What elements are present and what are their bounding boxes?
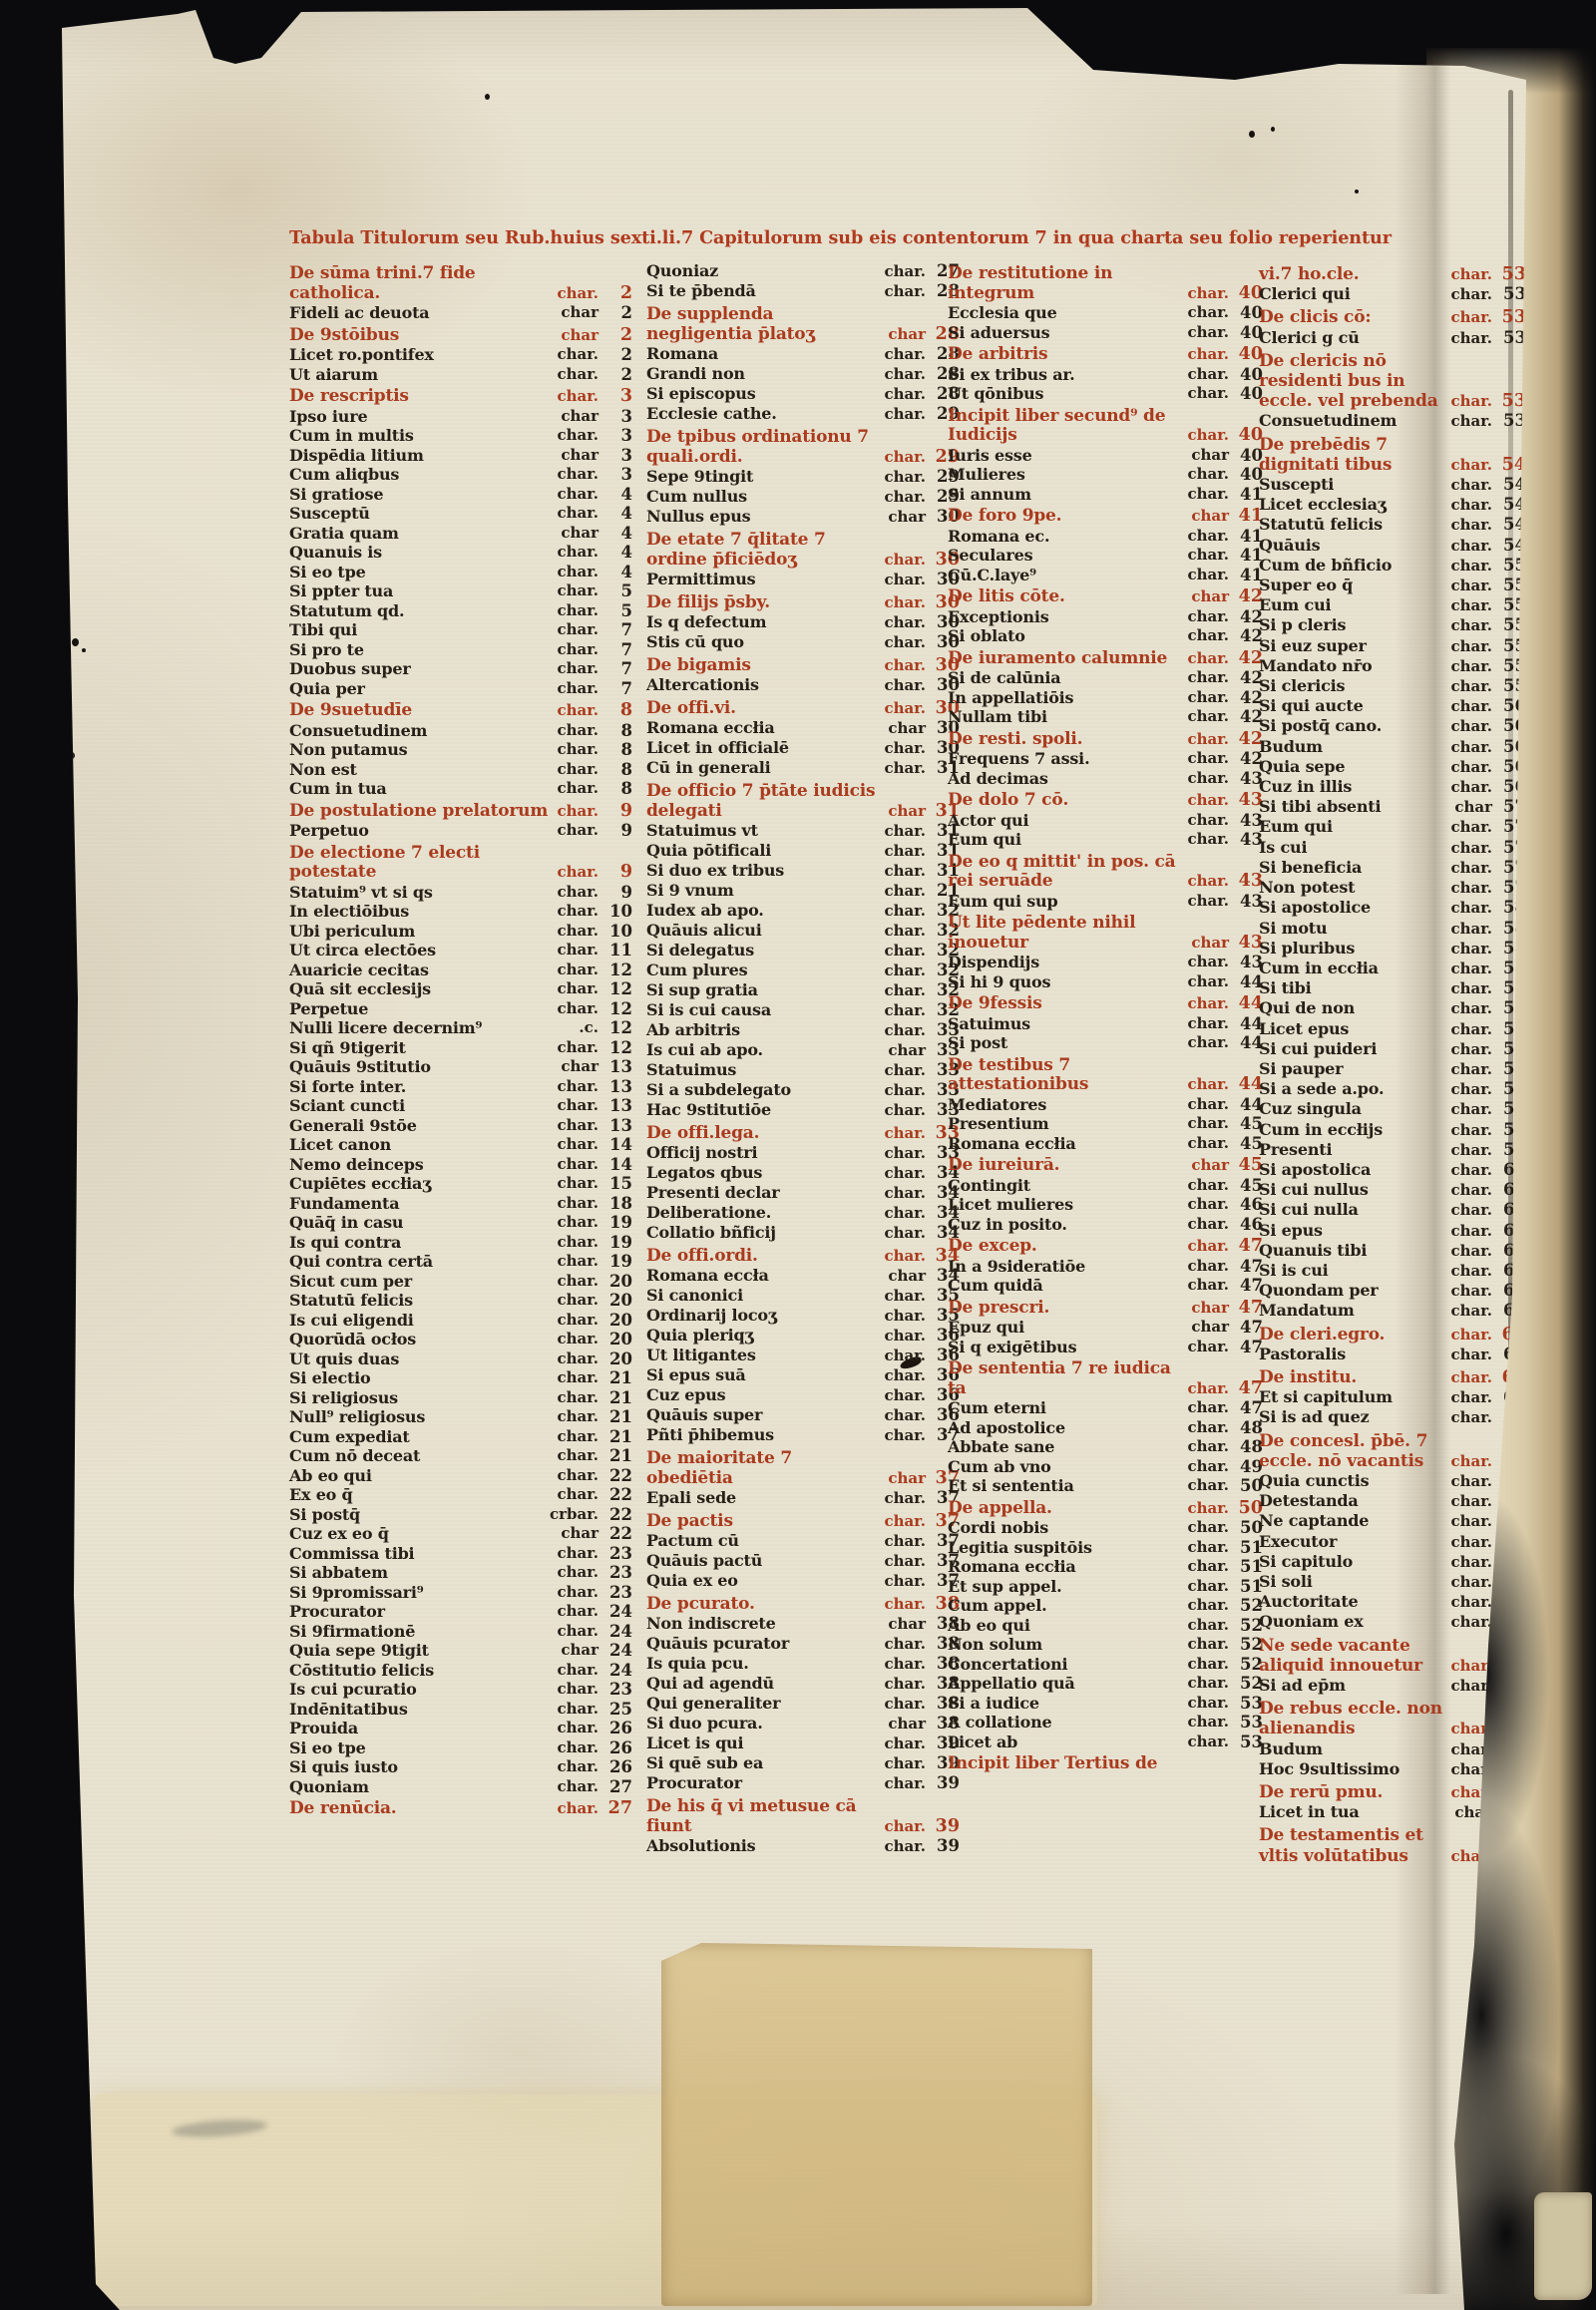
- toc-entry: In a 9sideratiōechar.47: [948, 1257, 1263, 1277]
- folio-number: 42: [1229, 707, 1263, 727]
- folio-number: 20: [598, 1349, 632, 1369]
- char-label: char.: [1442, 777, 1492, 797]
- toc-entry: Quoniazchar.27: [646, 261, 960, 281]
- entry-title: Cupiētes eccłiaʒ: [289, 1174, 431, 1194]
- entry-title: Mandatum: [1259, 1301, 1355, 1321]
- char-label: char.: [549, 1077, 598, 1097]
- ink-speck: [82, 648, 86, 652]
- toc-entry: Mandatumchar.61: [1259, 1301, 1526, 1321]
- char-label: char.: [876, 1326, 926, 1346]
- char-label: char.: [549, 581, 598, 601]
- toc-entry: Cum in multischar.3: [289, 426, 632, 446]
- entry-title: Si is cui: [1259, 1261, 1329, 1281]
- toc-entry: Cuz epuschar.36: [646, 1385, 960, 1405]
- entry-title: Si eo tpe: [289, 563, 366, 582]
- entry-title: Quorūdā ocłos: [289, 1330, 416, 1349]
- char-label: char.: [1442, 495, 1492, 515]
- toc-entry: Susceptichar.54: [1259, 475, 1526, 495]
- entry-title: Nemo deinceps: [289, 1155, 424, 1175]
- entry-title: Si tibi absenti: [1259, 797, 1381, 817]
- char-label: char.: [1179, 303, 1229, 323]
- toc-entry: Executorchar.63: [1259, 1532, 1526, 1552]
- toc-entry: Duobus superchar.7: [289, 659, 632, 679]
- toc-entry: Quāuis superchar.36: [646, 1405, 960, 1425]
- toc-entry: Quoniamchar.27: [289, 1777, 632, 1797]
- toc-entry: Qui contra certāchar.19: [289, 1252, 632, 1272]
- char-label: char.: [549, 941, 598, 961]
- toc-entry: Si annumchar.41: [948, 485, 1263, 505]
- entry-title: Ut quis duas: [289, 1349, 399, 1369]
- char-label: char.: [549, 1563, 598, 1583]
- char-label: char.: [1442, 1019, 1492, 1039]
- entry-title: Quondam per: [1259, 1281, 1379, 1301]
- folio-number: 4: [598, 543, 632, 563]
- folio-number: 2: [598, 326, 632, 346]
- char-label: char.: [1179, 1596, 1229, 1616]
- toc-entry: Et si capitulumchar.61: [1259, 1387, 1526, 1407]
- entry-title: Cuz epus: [646, 1385, 725, 1405]
- entry-title: Si episcopus: [646, 384, 756, 404]
- folio-number: 43: [1229, 953, 1263, 972]
- toc-entry: Si oblatochar.42: [948, 626, 1263, 646]
- folio-number: 47: [1229, 1257, 1263, 1277]
- entry-title: De 9fessis: [948, 994, 1042, 1014]
- entry-title: De testibus 7 attestationibus: [948, 1056, 1179, 1095]
- entry-title: Cōstitutio felicis: [289, 1661, 434, 1681]
- folio-number: 23: [598, 1544, 632, 1564]
- folio-number: 42: [1229, 649, 1263, 669]
- char-label: char.: [1442, 1491, 1492, 1511]
- entry-title: Licet ecclesiaʒ: [1259, 495, 1387, 515]
- toc-entry: Statuim⁹ vt si qschar.9: [289, 883, 632, 903]
- entry-title: Ab eo qui: [289, 1466, 372, 1486]
- entry-title: Quāuis pcurator: [646, 1634, 789, 1654]
- toc-section-heading: De rescriptischar.3: [289, 387, 632, 407]
- folio-number: 39: [926, 1773, 960, 1793]
- folio-number: 23: [598, 1680, 632, 1700]
- entry-title: De testamentis et vltis volūtatibus: [1259, 1825, 1442, 1865]
- toc-section-heading: De filijs p̄sby.char.30: [646, 592, 960, 612]
- folio-number: 50: [1229, 1499, 1263, 1519]
- char-label: char.: [1179, 284, 1229, 304]
- char-label: char.: [876, 1100, 926, 1120]
- folio-number: 42: [1229, 587, 1263, 607]
- toc-entry: Ex eo q̄char.22: [289, 1485, 632, 1505]
- entry-title: Cuz in illis: [1259, 777, 1352, 797]
- entry-title: De prebēdis 7 dignitati tibus: [1259, 435, 1442, 475]
- char-label: char.: [549, 679, 598, 699]
- folio-number: 41: [1229, 566, 1263, 585]
- entry-title: De officio 7 p̄tāte iudicis delegati: [646, 781, 880, 821]
- toc-entry: Si gratiosechar.4: [289, 485, 632, 505]
- toc-entry: Ecclesie cathe.char.29: [646, 404, 960, 424]
- toc-entry: Statutū felicischar.20: [289, 1291, 632, 1311]
- folio-number: 12: [598, 1038, 632, 1058]
- folio-number: 12: [598, 961, 632, 980]
- char-label: char.: [549, 1155, 598, 1175]
- char-label: char.: [876, 467, 926, 487]
- folio-number: 2: [598, 365, 632, 385]
- toc-entry: Cuz ex eo q̄char22: [289, 1524, 632, 1544]
- char-label: char.: [876, 632, 926, 652]
- entry-title: Si cui nulla: [1259, 1200, 1359, 1220]
- entry-title: Si tibi: [1259, 978, 1312, 998]
- char-label: char.: [1442, 1325, 1492, 1345]
- toc-entry: Is quia pcu.char.38: [646, 1654, 960, 1674]
- entry-title: De offi.vi.: [646, 698, 736, 718]
- entry-title: De rebus eccle. non alienandis: [1259, 1699, 1442, 1738]
- toc-entry: Ab arbitrischar.33: [646, 1020, 960, 1040]
- entry-title: De filijs p̄sby.: [646, 592, 770, 612]
- toc-entry: Statuimuschar.33: [646, 1060, 960, 1080]
- toc-entry: Is cui ab apo.char33: [646, 1040, 960, 1060]
- entry-title: Generali 9stōe: [289, 1116, 417, 1136]
- char-label: char.: [1442, 1120, 1492, 1140]
- toc-entry: Statuimus vtchar.31: [646, 821, 960, 841]
- char-label: char.: [876, 1836, 926, 1856]
- char-label: char.: [876, 1773, 926, 1793]
- char-label: char.: [876, 550, 926, 570]
- ink-speck: [72, 638, 79, 646]
- entry-title: Hac 9stitutiōe: [646, 1100, 771, 1120]
- folio-number: 43: [1229, 811, 1263, 831]
- folio-number: 47: [1229, 1237, 1263, 1257]
- char-label: char.: [549, 821, 598, 841]
- entry-title: In electiōibus: [289, 902, 409, 922]
- toc-entry: Si religiosuschar.21: [289, 1388, 632, 1408]
- entry-title: De renūcia.: [289, 1799, 397, 1819]
- char-label: char.: [1179, 707, 1229, 727]
- folio-number: 43: [1229, 934, 1263, 954]
- entry-title: Perpetue: [289, 999, 368, 1019]
- toc-section-heading: Ne sede vacante aliquid innoueturchar.64: [1259, 1636, 1526, 1676]
- toc-entry: Qui generaliterchar.38: [646, 1694, 960, 1714]
- char-label: char.: [1179, 649, 1229, 669]
- entry-title: Si apostolice: [1259, 898, 1371, 918]
- char-label: char.: [549, 740, 598, 760]
- toc-entry: Si postq̄ cano.char.56: [1259, 716, 1526, 736]
- entry-title: Eum qui: [1259, 817, 1333, 837]
- entry-title: Si cui nullus: [1259, 1180, 1369, 1200]
- char-label: char.: [876, 1405, 926, 1425]
- entry-title: Sicut cum per: [289, 1272, 412, 1292]
- char-label: char.: [549, 543, 598, 563]
- entry-title: De sententia 7 re iudica ta: [948, 1359, 1179, 1398]
- char-label: char.: [876, 1000, 926, 1020]
- char-label: char: [553, 1057, 598, 1077]
- toc-section-heading: De bigamischar.30: [646, 655, 960, 675]
- folio-number: 21: [598, 1446, 632, 1466]
- toc-entry: Ordinarij locoʒchar.35: [646, 1306, 960, 1326]
- toc-entry: Cum ab vnochar.49: [948, 1457, 1263, 1477]
- folio-number: 8: [598, 721, 632, 741]
- folio-number: 4: [598, 524, 632, 544]
- toc-entry: Non potestchar.57: [1259, 878, 1526, 898]
- char-label: char.: [1179, 323, 1229, 343]
- toc-entry: Si euz superchar.55: [1259, 636, 1526, 656]
- toc-section-heading: De etate 7 q̄litate 7 ordine p̄ficiēdoʒc…: [646, 530, 960, 570]
- folio-number: 13: [598, 1096, 632, 1116]
- folio-number: 44: [1229, 994, 1263, 1014]
- toc-entry: Romana eccłachar34: [646, 1266, 960, 1286]
- folio-number: 9: [598, 883, 632, 903]
- toc-entry: In electiōibuschar.10: [289, 902, 632, 922]
- entry-title: Licet is qui: [646, 1733, 743, 1753]
- folio-number: 26: [598, 1738, 632, 1758]
- toc-section-heading: De dolo 7 cō.char.43: [948, 791, 1263, 811]
- entry-title: Auctoritate: [1259, 1592, 1359, 1612]
- char-label: char.: [1442, 1180, 1492, 1200]
- entry-title: Si beneficia: [1259, 858, 1362, 878]
- toc-entry: Eum qui supchar.43: [948, 892, 1263, 912]
- char-label: char.: [549, 1038, 598, 1058]
- folio-number: 53: [1492, 411, 1526, 431]
- folio-number: 53: [1492, 328, 1526, 348]
- entry-title: Actor qui: [948, 811, 1028, 831]
- folio-number: 42: [1229, 626, 1263, 646]
- entry-title: Mulieres: [948, 465, 1025, 485]
- page-title: Tabula Titulorum seu Rub.huius sexti.li.…: [289, 227, 1287, 248]
- toc-entry: Pastoralischar.61: [1259, 1345, 1526, 1364]
- char-label: char.: [1442, 1451, 1492, 1471]
- char-label: char.: [1179, 892, 1229, 912]
- folio-number: 42: [1229, 688, 1263, 708]
- folio-number: 46: [1229, 1215, 1263, 1235]
- char-label: char.: [1179, 485, 1229, 505]
- entry-title: Is cui eligendi: [289, 1311, 414, 1331]
- folio-number: 22: [598, 1466, 632, 1486]
- toc-section-heading: De pcurato.char.38: [646, 1594, 960, 1614]
- entry-title: Absolutionis: [646, 1836, 755, 1856]
- entry-title: Ab eo qui: [948, 1616, 1030, 1636]
- toc-entry: Si is cui causachar.32: [646, 1000, 960, 1020]
- toc-entry: Fundamentachar.18: [289, 1194, 632, 1214]
- char-label: char.: [876, 1163, 926, 1183]
- toc-entry: Si apostolicechar.58: [1259, 898, 1526, 918]
- folio-number: 44: [1229, 972, 1263, 992]
- char-label: char.: [549, 883, 598, 903]
- folio-number: 25: [598, 1700, 632, 1720]
- char-label: char.: [549, 659, 598, 679]
- char-label: char.: [549, 1096, 598, 1116]
- char-label: char.: [1442, 716, 1492, 736]
- entry-title: Ubi periculum: [289, 922, 415, 942]
- folio-number: 5: [598, 601, 632, 621]
- char-label: char.: [1442, 656, 1492, 676]
- toc-section-heading: De prescri.char47: [948, 1299, 1263, 1319]
- char-label: char.: [549, 902, 598, 922]
- entry-title: De tpibus ordinationu 7 quali.ordi.: [646, 427, 876, 467]
- toc-entry: Qui de nonchar.58: [1259, 998, 1526, 1018]
- folio-number: 10: [598, 922, 632, 942]
- char-label: char.: [1179, 730, 1229, 750]
- char-label: char.: [549, 284, 598, 304]
- toc-entry: Absolutionischar.39: [646, 1836, 960, 1856]
- entry-title: Si oblato: [948, 626, 1025, 646]
- toc-entry: Si a iudicechar.53: [948, 1694, 1263, 1714]
- toc-entry: Quāuis 9stitutiochar13: [289, 1057, 632, 1077]
- toc-entry: Quā sit ecclesijschar.12: [289, 979, 632, 999]
- toc-entry: Ubi periculumchar.10: [289, 922, 632, 942]
- toc-section-heading: De iuramento calumniechar.42: [948, 649, 1263, 669]
- toc-entry: Ut circa electōeschar.11: [289, 941, 632, 961]
- toc-entry: Epuz quichar47: [948, 1318, 1263, 1338]
- entry-title: Cum eterni: [948, 1398, 1046, 1418]
- char-label: char.: [549, 465, 598, 485]
- toc-entry: Cum nulluschar.29: [646, 487, 960, 507]
- entry-title: Eum cui: [1259, 595, 1331, 615]
- toc-entry: Cum in eccłijschar.59: [1259, 1120, 1526, 1140]
- char-label: char.: [1179, 1338, 1229, 1357]
- folio-number: 39: [926, 1816, 960, 1836]
- char-label: char.: [876, 901, 926, 921]
- fore-edge-paper-sliver: [1534, 2192, 1592, 2300]
- toc-entry: A collationechar.53: [948, 1713, 1263, 1732]
- toc-section-heading: De cleri.egro.char.61: [1259, 1325, 1526, 1345]
- entry-title: Quanuis is: [289, 543, 382, 563]
- toc-entry: Si sup gratiachar.32: [646, 980, 960, 1000]
- folio-number: 54: [1492, 455, 1526, 475]
- char-label: char.: [1179, 546, 1229, 566]
- char-label: char: [1183, 446, 1229, 466]
- entry-title: De offi.ordi.: [646, 1246, 758, 1266]
- toc-section-heading: Ut lite pēdente nihil inoueturchar43: [948, 914, 1263, 953]
- folio-number: 43: [1229, 769, 1263, 789]
- toc-entry: Quia pleriqʒchar.36: [646, 1326, 960, 1346]
- entry-title: Si a subdelegato: [646, 1080, 791, 1100]
- folio-number: 8: [598, 701, 632, 721]
- entry-title: Is cui pcuratio: [289, 1680, 417, 1700]
- folio-number: 41: [1229, 507, 1263, 527]
- entry-title: Ordinarij locoʒ: [646, 1306, 777, 1326]
- toc-entry: Cū in generalichar.31: [646, 758, 960, 778]
- toc-entry: Si ex tribus ar.char.40: [948, 365, 1263, 385]
- folio-number: 47: [1229, 1338, 1263, 1357]
- char-label: char.: [1179, 972, 1229, 992]
- entry-title: Statuim⁹ vt si qs: [289, 883, 433, 903]
- entry-title: Ut lite pēdente nihil inouetur: [948, 914, 1183, 953]
- char-label: char: [1183, 1318, 1229, 1338]
- char-label: char: [880, 1040, 926, 1060]
- char-label: char.: [876, 1306, 926, 1326]
- char-label: char.: [1442, 1552, 1492, 1572]
- folio-number: 40: [1229, 284, 1263, 304]
- folio-number: 7: [598, 679, 632, 699]
- entry-title: Licet ab: [948, 1732, 1017, 1752]
- entry-title: Si de calūnia: [948, 668, 1060, 688]
- char-label: char.: [1442, 939, 1492, 959]
- toc-entry: Si ppter tuachar.5: [289, 581, 632, 601]
- entry-title: Statutū felicis: [1259, 515, 1383, 535]
- entry-title: Seculares: [948, 546, 1032, 566]
- char-label: char.: [876, 1634, 926, 1654]
- char-label: char.: [549, 640, 598, 660]
- char-label: char.: [1179, 668, 1229, 688]
- toc-entry: Si postchar.44: [948, 1033, 1263, 1053]
- folio-number: 8: [598, 779, 632, 799]
- toc-entry: Concertationichar.52: [948, 1655, 1263, 1675]
- toc-entry: Quanuis tibichar.60: [1259, 1241, 1526, 1261]
- toc-entry: Si is cuichar.60: [1259, 1261, 1526, 1281]
- char-label: char.: [549, 1407, 598, 1427]
- folio-number: 43: [1229, 892, 1263, 912]
- char-label: char.: [1442, 1572, 1492, 1592]
- char-label: char.: [1442, 284, 1492, 304]
- toc-section-heading: De sūma trini.7 fide catholica.char.2: [289, 264, 632, 303]
- entry-title: De maioritate 7 obediētia: [646, 1448, 880, 1488]
- entry-title: Quia cunctis: [1259, 1471, 1369, 1491]
- entry-title: Cuz ex eo q̄: [289, 1524, 389, 1544]
- entry-title: Budum: [1259, 737, 1323, 757]
- folio-number: 24: [598, 1602, 632, 1622]
- folio-number: 50: [1229, 1476, 1263, 1496]
- toc-entry: Fideli ac deuotachar2: [289, 303, 632, 323]
- char-label: char.: [549, 1311, 598, 1331]
- toc-entry: Cōstitutio felicischar.24: [289, 1661, 632, 1681]
- toc-entry: Si epus suāchar.36: [646, 1365, 960, 1385]
- entry-title: Licet in officialē: [646, 738, 789, 758]
- entry-title: Legatos qbus: [646, 1163, 762, 1183]
- folio-number: 51: [1229, 1557, 1263, 1577]
- toc-entry: Si episcopuschar.28: [646, 384, 960, 404]
- toc-column-3: De restitutione in integrumchar.40Eccles…: [948, 261, 1263, 1774]
- char-label: char.: [1179, 1694, 1229, 1714]
- char-label: char.: [876, 1346, 926, 1365]
- char-label: char.: [1179, 527, 1229, 547]
- char-label: char.: [1179, 1418, 1229, 1438]
- toc-entry: Grandi nonchar.28: [646, 364, 960, 384]
- folio-number: 26: [598, 1719, 632, 1738]
- char-label: char.: [1442, 1301, 1492, 1321]
- entry-title: Statuimus: [646, 1060, 736, 1080]
- folio-number: 22: [598, 1485, 632, 1505]
- char-label: char.: [876, 1694, 926, 1714]
- char-label: char.: [1179, 1635, 1229, 1655]
- entry-title: Indēnitatibus: [289, 1700, 408, 1720]
- entry-title: Ne sede vacante aliquid innouetur: [1259, 1636, 1442, 1676]
- toc-section-heading: De clicis cō:char.53: [1259, 307, 1526, 327]
- toc-section-heading: De his q̄ vi metusue cā fiuntchar.39: [646, 1796, 960, 1836]
- toc-entry: Si pro techar.7: [289, 640, 632, 660]
- entry-title: De postulatione prelatorum: [289, 802, 548, 822]
- entry-title: Si is ad quez: [1259, 1407, 1369, 1427]
- char-label: char.: [1442, 307, 1492, 327]
- char-label: char.: [1179, 1557, 1229, 1577]
- char-label: char.: [1179, 607, 1229, 627]
- char-label: char.: [1442, 328, 1492, 348]
- char-label: char.: [1179, 1499, 1229, 1519]
- folio-number: 40: [1229, 465, 1263, 485]
- toc-section-heading: De litis cōte.char42: [948, 587, 1263, 607]
- folio-number: 42: [1229, 730, 1263, 750]
- char-label: char.: [1179, 1538, 1229, 1558]
- toc-entry: Si beneficiachar.57: [1259, 858, 1526, 878]
- entry-title: Si post: [948, 1033, 1007, 1053]
- toc-entry: Ipso iurechar3: [289, 407, 632, 427]
- toc-section-heading: De iureiurā.char45: [948, 1156, 1263, 1176]
- entry-title: Statutū felicis: [289, 1291, 413, 1311]
- entry-title: Cuz in posito.: [948, 1215, 1067, 1235]
- entry-title: Cum in eccłia: [1259, 959, 1379, 978]
- entry-title: Presenti declar: [646, 1183, 780, 1203]
- toc-entry: Non estchar.8: [289, 760, 632, 780]
- char-label: char.: [549, 1427, 598, 1447]
- toc-entry: Si duo ex tribuschar.31: [646, 861, 960, 881]
- entry-title: Presentium: [948, 1114, 1049, 1134]
- entry-title: Si 9promissari⁹: [289, 1583, 424, 1603]
- folio-number: 12: [598, 979, 632, 999]
- folio-number: 52: [1229, 1655, 1263, 1675]
